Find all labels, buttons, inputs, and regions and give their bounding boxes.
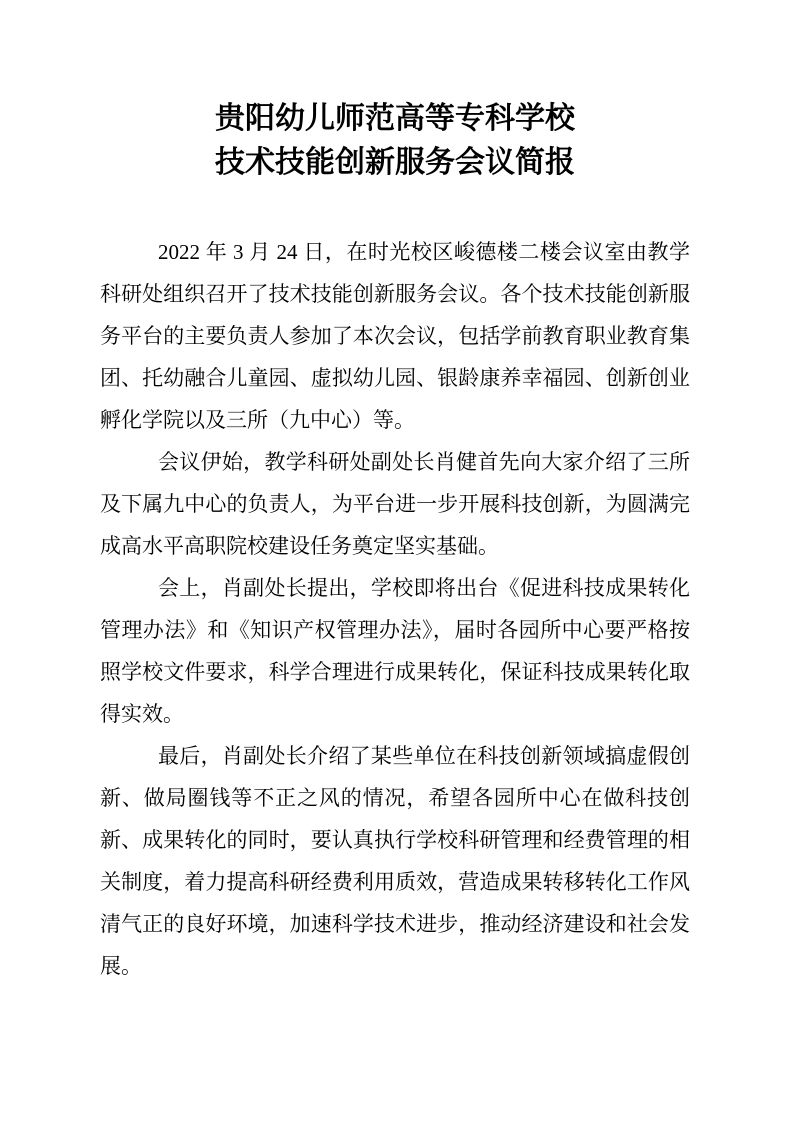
paragraph-2: 会议伊始，教学科研处副处长肖健首先向大家介绍了三所及下属九中心的负责人，为平台进… bbox=[100, 441, 690, 567]
document-body: 2022 年 3 月 24 日，在时光校区峻德楼二楼会议室由教学科研处组织召开了… bbox=[100, 231, 690, 987]
paragraph-3: 会上，肖副处长提出，学校即将出台《促进科技成果转化管理办法》和《知识产权管理办法… bbox=[100, 567, 690, 735]
paragraph-4: 最后，肖副处长介绍了某些单位在科技创新领域搞虚假创新、做局圈钱等不正之风的情况，… bbox=[100, 735, 690, 987]
document-title-line-1: 贵阳幼儿师范高等专科学校 bbox=[100, 97, 690, 141]
document-title: 贵阳幼儿师范高等专科学校 技术技能创新服务会议简报 bbox=[100, 97, 690, 185]
document-page: 贵阳幼儿师范高等专科学校 技术技能创新服务会议简报 2022 年 3 月 24 … bbox=[0, 0, 793, 1122]
paragraph-1: 2022 年 3 月 24 日，在时光校区峻德楼二楼会议室由教学科研处组织召开了… bbox=[100, 231, 690, 441]
document-title-line-2: 技术技能创新服务会议简报 bbox=[100, 141, 690, 185]
